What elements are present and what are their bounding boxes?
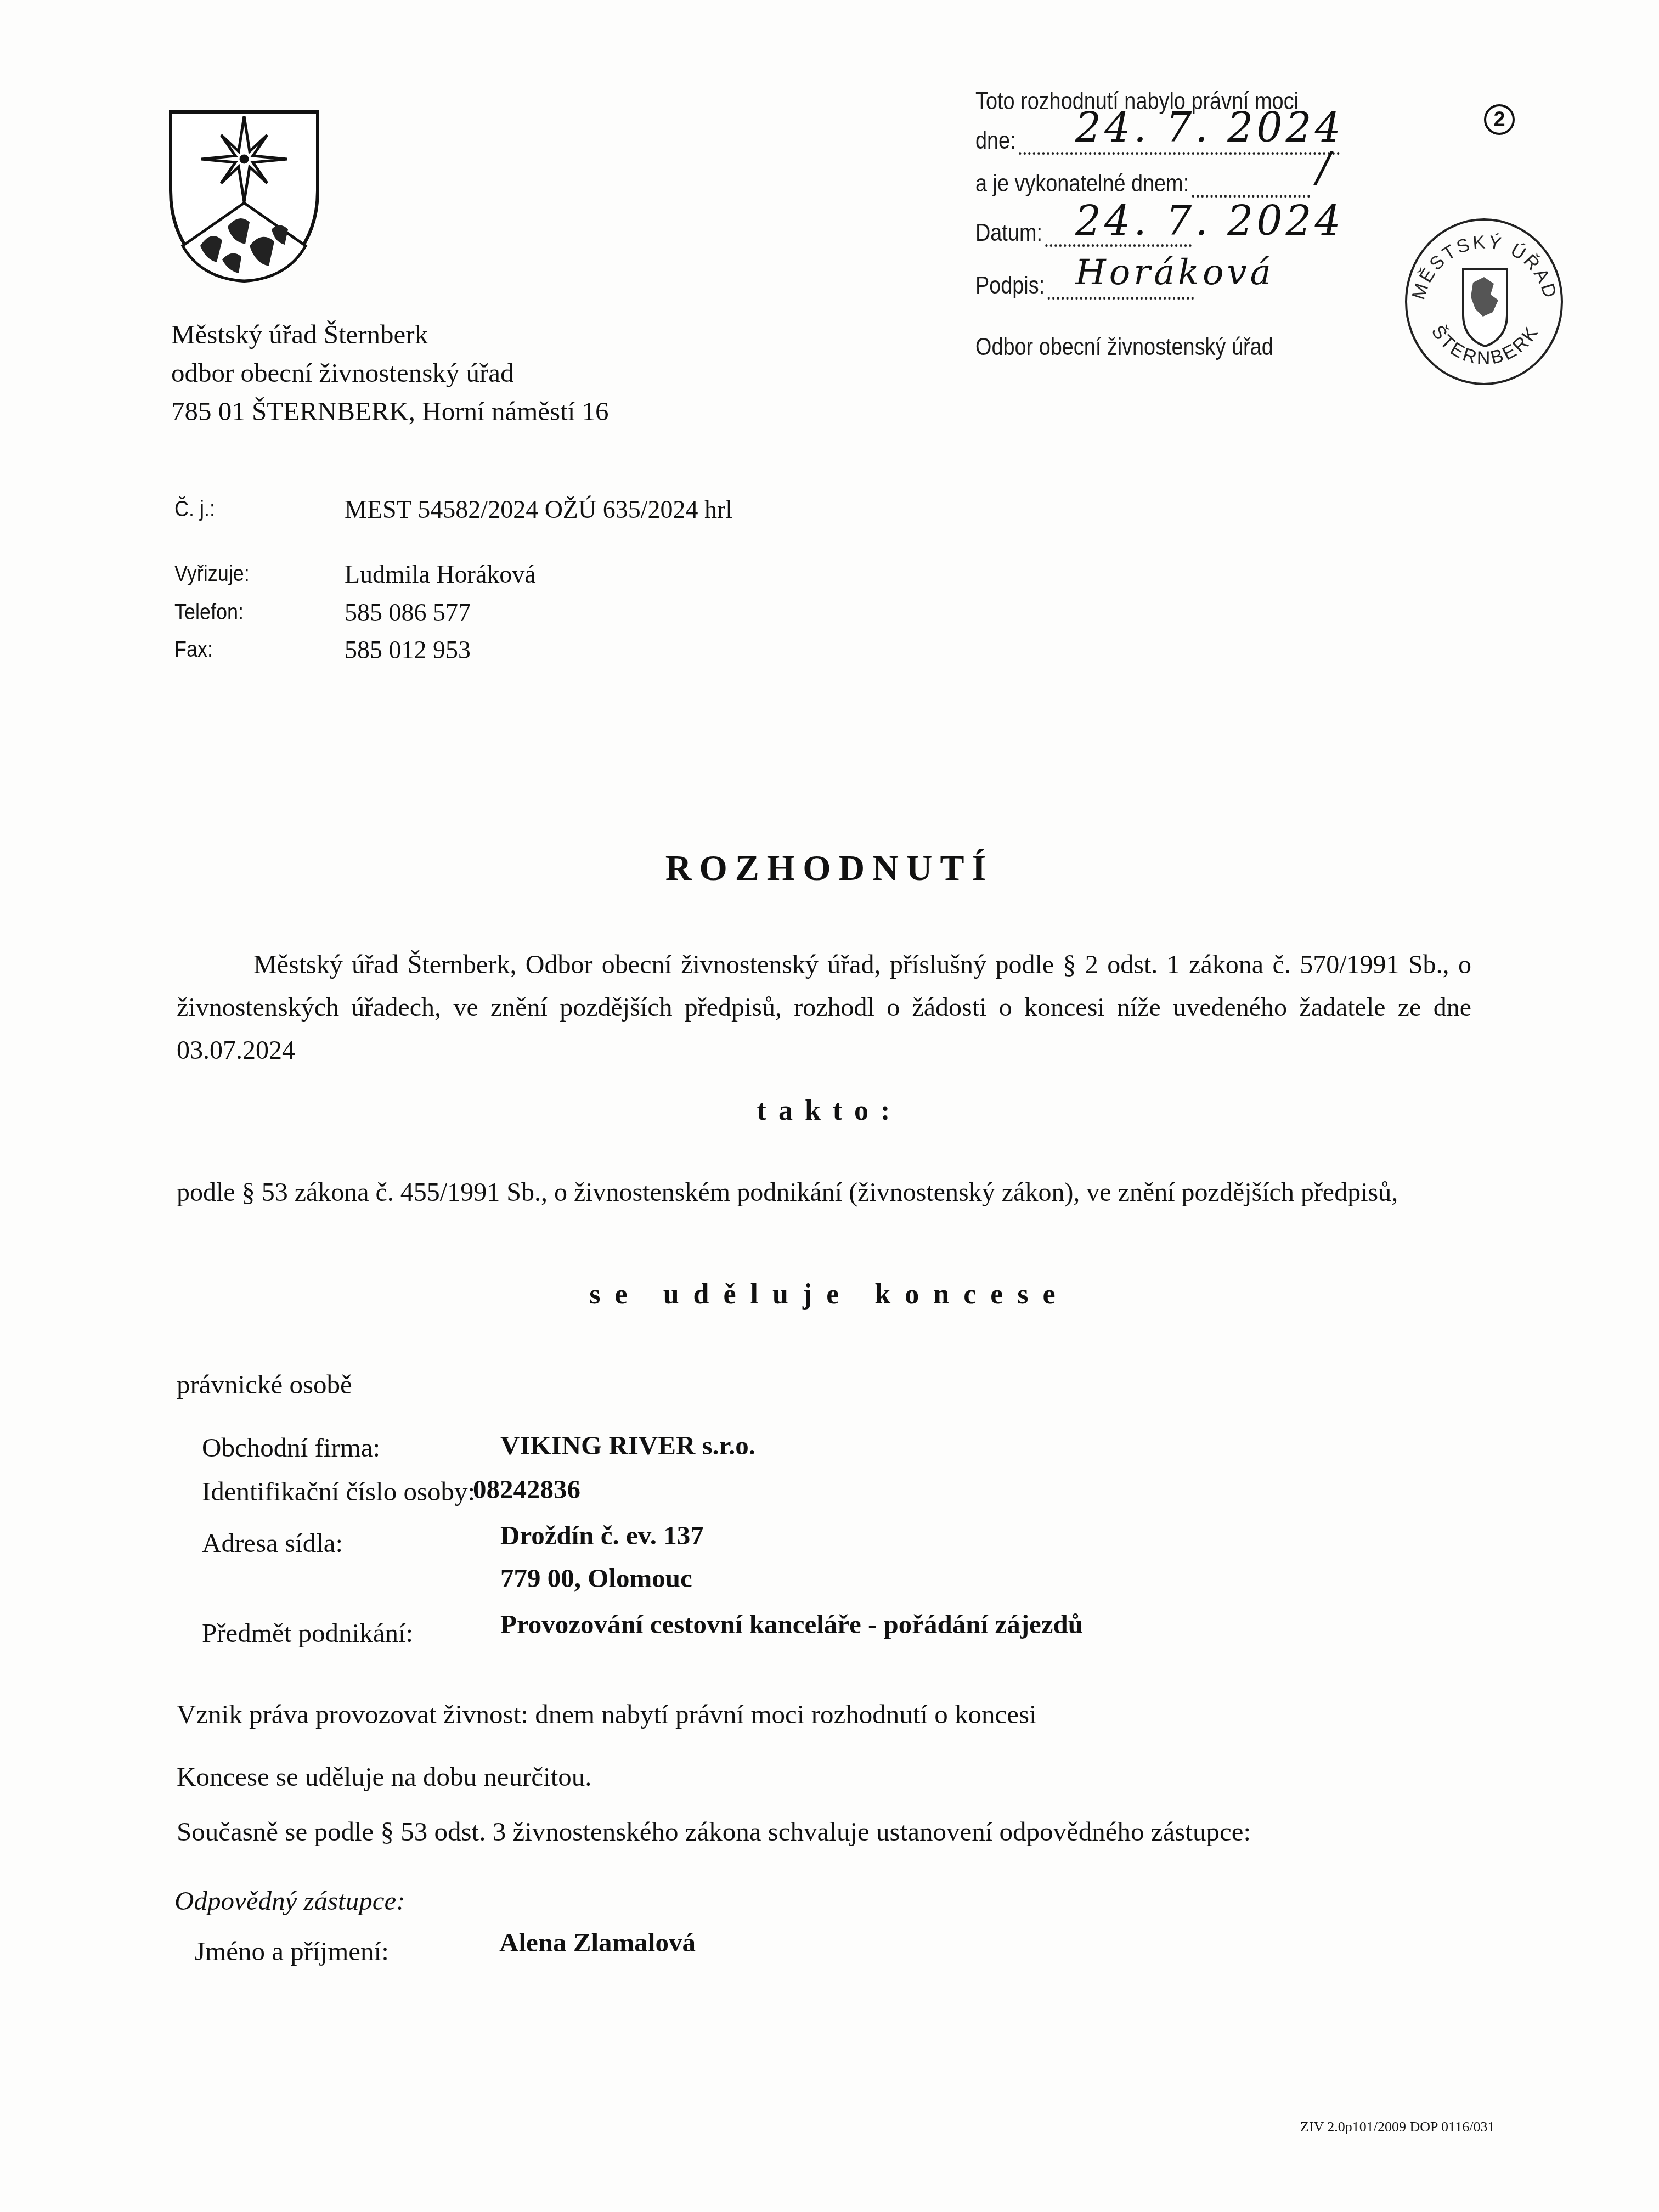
takto-heading: takto:	[0, 1094, 1659, 1127]
representative-name-label: Jméno a příjmení:	[195, 1936, 389, 1967]
office-address-block: Městský úřad Šternberk odbor obecní živn…	[171, 315, 609, 431]
intro-paragraph: Městský úřad Šternberk, Odbor obecní živ…	[177, 944, 1471, 1072]
field-value-company: VIKING RIVER s.r.o.	[500, 1430, 755, 1461]
office-name: Městský úřad Šternberk	[171, 315, 609, 354]
stamp-dne-handwritten: 24. 7. 2024	[1075, 104, 1344, 151]
stamp-vykonatelne-handwritten: /	[1317, 144, 1334, 191]
stamp-podpis-label: Podpis:	[975, 272, 1045, 299]
coat-of-arms-icon	[167, 109, 321, 284]
fax-label: Fax:	[174, 637, 213, 662]
stamp-department: Odbor obecní živnostenský úřad	[975, 334, 1273, 361]
document-title: ROZHODNUTÍ	[0, 848, 1659, 889]
field-label-company: Obchodní firma:	[202, 1432, 380, 1463]
field-value-address-line2: 779 00, Olomouc	[500, 1562, 692, 1594]
vyrizuje-value: Ludmila Horáková	[345, 560, 536, 589]
form-code: ZIV 2.0p101/2009 DOP 0116/031	[1300, 2119, 1494, 2135]
stamp-datum-label: Datum:	[975, 219, 1042, 246]
stamp-dne-label: dne:	[975, 127, 1016, 154]
office-department: odbor obecní živnostenský úřad	[171, 354, 609, 392]
representative-name-value: Alena Zlamalová	[499, 1927, 696, 1958]
stamp-datum-handwritten: 24. 7. 2024	[1075, 198, 1344, 245]
field-label-subject: Předmět podnikání:	[202, 1617, 413, 1649]
stamp-vykonatelne-label: a je vykonatelné dnem:	[975, 170, 1189, 197]
field-value-ico: 08242836	[473, 1474, 580, 1505]
field-value-address-line1: Droždín č. ev. 137	[500, 1520, 704, 1551]
field-label-address: Adresa sídla:	[202, 1527, 343, 1559]
office-address: 785 01 ŠTERNBERK, Horní náměstí 16	[171, 392, 609, 431]
approval-text: Současně se podle § 53 odst. 3 živnosten…	[177, 1816, 1251, 1847]
page-marker: 2	[1484, 104, 1515, 135]
field-value-subject: Provozování cestovní kanceláře - pořádán…	[500, 1609, 1083, 1640]
grant-heading: se uděluje koncese	[0, 1278, 1659, 1311]
representative-heading: Odpovědný zástupce:	[174, 1885, 405, 1916]
cj-value: MEST 54582/2024 OŽÚ 635/2024 hrl	[345, 495, 732, 524]
recipient-type: právnické osobě	[177, 1369, 352, 1400]
fax-value: 585 012 953	[345, 635, 471, 664]
round-seal-icon: MĚSTSKÝ ÚŘAD ŠTERNBERK	[1402, 211, 1566, 387]
duration-text: Koncese se uděluje na dobu neurčitou.	[177, 1761, 592, 1792]
stamp-signature: Horáková	[1075, 252, 1274, 293]
cj-label: Č. j.:	[174, 497, 215, 522]
right-origin-text: Vznik práva provozovat živnost: dnem nab…	[177, 1699, 1037, 1730]
telefon-value: 585 086 577	[345, 598, 471, 627]
telefon-label: Telefon:	[174, 600, 244, 625]
field-label-ico: Identifikační číslo osoby:	[202, 1476, 475, 1507]
legal-basis-paragraph: podle § 53 zákona č. 455/1991 Sb., o živ…	[177, 1171, 1471, 1214]
vyrizuje-label: Vyřizuje:	[174, 562, 250, 586]
